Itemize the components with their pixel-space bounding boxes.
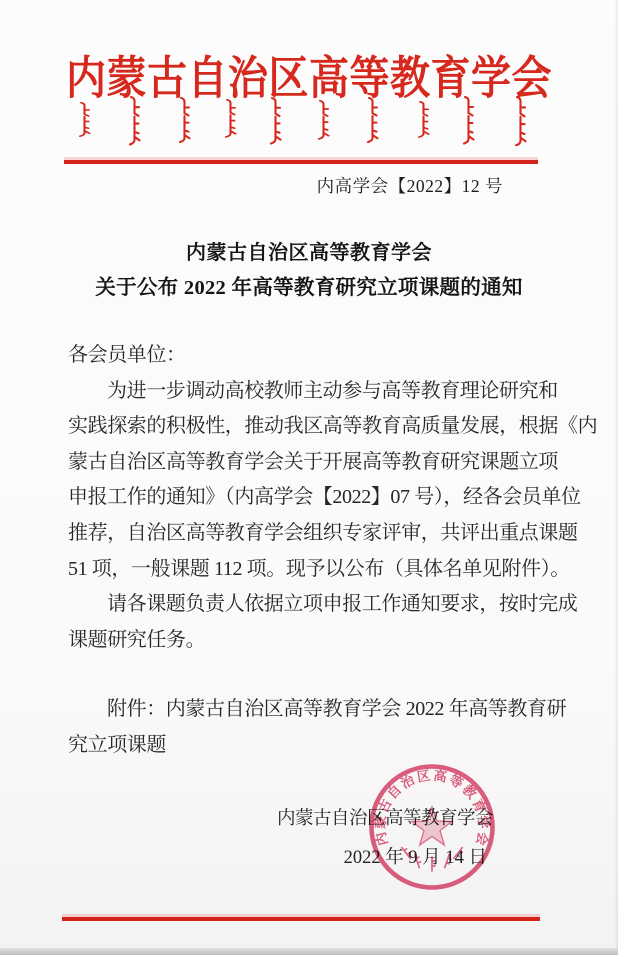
official-seal: 内蒙古自治区高等教育学会: [367, 762, 497, 892]
body-line: 申报工作的通知》（内高学会【2022】07 号），经各会员单位: [68, 480, 562, 516]
body-line: 实践探索的积极性，推动我区高等教育高质量发展，根据《内: [68, 409, 562, 445]
scan-edge-bottom: [0, 948, 618, 955]
attachment-note: 附件：内蒙古自治区高等教育学会 2022 年高等教育研 究立项课题: [68, 692, 562, 763]
page: { "letterhead": { "org_name": "内蒙古自治区高等教…: [0, 0, 618, 955]
mongolian-script-row: [70, 94, 550, 146]
body-line: 为进一步调动高校教师主动参与高等教育理论研究和: [68, 374, 562, 410]
notice-title-line2: 关于公布 2022 年高等教育研究立项课题的通知: [0, 270, 618, 300]
red-separator-top: [64, 160, 538, 164]
scan-edge-right: [614, 0, 618, 948]
body-line: 51 项，一般课题 112 项。现予以公布（具体名单见附件）。: [68, 552, 562, 588]
attachment-line: 究立项课题: [68, 728, 562, 764]
body-line: 蒙古自治区高等教育学会关于开展高等教育研究课题立项: [68, 445, 562, 481]
star-icon: [412, 807, 452, 845]
body-line: 课题研究任务。: [68, 623, 562, 659]
body-line: 请各课题负责人依据立项申报工作通知要求，按时完成: [68, 587, 562, 623]
salutation: 各会员单位：: [68, 338, 562, 374]
body-line: 推荐，自治区高等教育学会组织专家评审，共评出重点课题: [68, 516, 562, 552]
document-page: 内蒙古自治区高等教育学会 内高学会【2022】12 号 内蒙古自治区高等教育学会…: [0, 0, 618, 948]
notice-body: 各会员单位： 为进一步调动高校教师主动参与高等教育理论研究和 实践探索的积极性，…: [68, 338, 562, 658]
red-separator-bottom: [62, 917, 540, 921]
attachment-line: 附件：内蒙古自治区高等教育学会 2022 年高等教育研: [68, 692, 562, 728]
notice-title-line1: 内蒙古自治区高等教育学会: [0, 236, 618, 265]
doc-number: 内高学会【2022】12 号: [0, 173, 503, 198]
seal-mongolian-text: [402, 846, 465, 871]
